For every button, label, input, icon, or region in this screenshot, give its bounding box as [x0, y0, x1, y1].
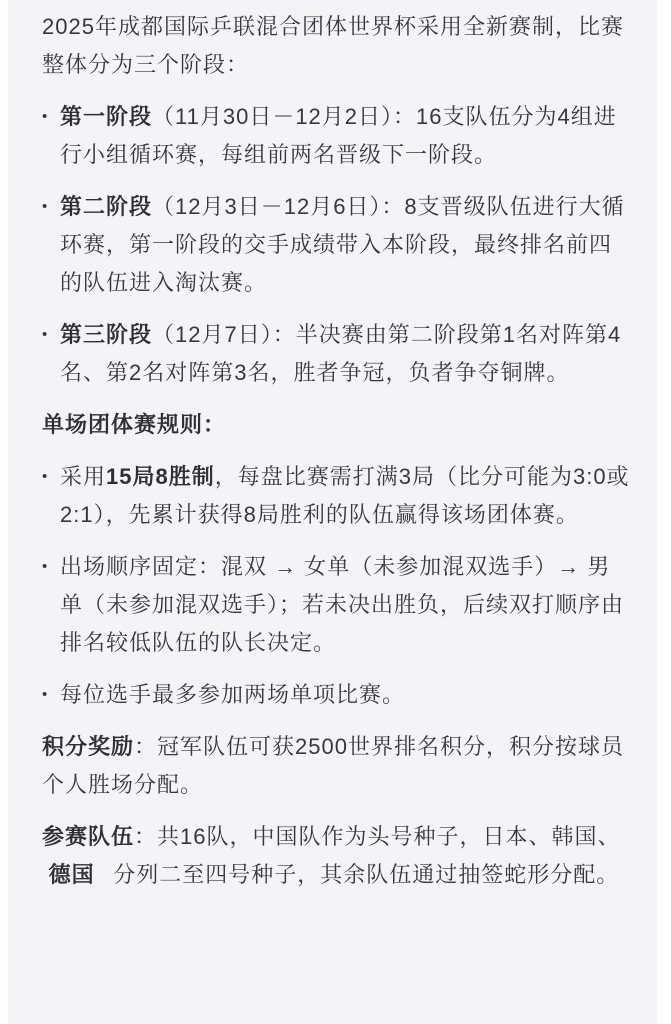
bold-text-run: 参赛队伍	[42, 824, 134, 849]
bullet-marker-icon: •	[42, 316, 60, 392]
bold-text-run: 第二阶段	[60, 194, 152, 219]
bullet-text: 每位选手最多参加两场单项比赛。	[60, 676, 630, 714]
bold-text-run: 第三阶段	[60, 322, 152, 347]
text-run: 2025年成都国际乒联混合团体世界杯采用全新赛制，比赛整体分为三个阶段：	[42, 14, 624, 77]
bullet-text: 第三阶段（12月7日）：半决赛由第二阶段第1名对阵第4名、第2名对阵第3名，胜者…	[60, 316, 630, 392]
bold-text-run: 积分奖励	[42, 734, 134, 759]
message-content: 2025年成都国际乒联混合团体世界杯采用全新赛制，比赛整体分为三个阶段：•第一阶…	[8, 0, 657, 914]
paragraph: 参赛队伍：共16队，中国队作为头号种子，日本、韩国、德国分列二至四号种子，其余队…	[42, 818, 630, 894]
bullet-marker-icon: •	[42, 458, 60, 534]
bullet-list-item: •采用15局8胜制，每盘比赛需打满3局（比分可能为3:0或2:1），先累计获得8…	[42, 458, 630, 534]
bold-text-run: 15局8胜制	[106, 464, 215, 489]
bullet-text: 采用15局8胜制，每盘比赛需打满3局（比分可能为3:0或2:1），先累计获得8局…	[60, 458, 630, 534]
bullet-text: 第一阶段（11月30日－12月2日）：16支队伍分为4组进行小组循环赛，每组前两…	[60, 98, 630, 174]
bold-text-run: 第一阶段	[60, 104, 152, 129]
bullet-marker-icon: •	[42, 548, 60, 662]
bullet-list-item: •第二阶段（12月3日－12月6日）：8支晋级队伍进行大循环赛，第一阶段的交手成…	[42, 188, 630, 302]
text-run: 出场顺序固定：混双 → 女单（未参加混双选手）→ 男单（未参加混双选手）；若未决…	[60, 554, 624, 655]
paragraph: 2025年成都国际乒联混合团体世界杯采用全新赛制，比赛整体分为三个阶段：	[42, 8, 630, 84]
assistant-message-bubble: 2025年成都国际乒联混合团体世界杯采用全新赛制，比赛整体分为三个阶段：•第一阶…	[8, 0, 657, 1024]
paragraph: 积分奖励：冠军队伍可获2500世界排名积分，积分按球员个人胜场分配。	[42, 728, 630, 804]
bullet-marker-icon: •	[42, 188, 60, 302]
bullet-list-item: •每位选手最多参加两场单项比赛。	[42, 676, 630, 714]
text-run: 每位选手最多参加两场单项比赛。	[60, 682, 405, 707]
bullet-text: 第二阶段（12月3日－12月6日）：8支晋级队伍进行大循环赛，第一阶段的交手成绩…	[60, 188, 630, 302]
bullet-text: 出场顺序固定：混双 → 女单（未参加混双选手）→ 男单（未参加混双选手）；若未决…	[60, 548, 630, 662]
text-run: 采用	[60, 464, 106, 489]
text-run: ：共16队，中国队作为头号种子，日本、韩国、	[134, 824, 620, 849]
text-run: 分列二至四号种子，其余队伍通过抽签蛇形分配。	[113, 862, 619, 887]
bullet-marker-icon: •	[42, 98, 60, 174]
bullet-list-item: •出场顺序固定：混双 → 女单（未参加混双选手）→ 男单（未参加混双选手）；若未…	[42, 548, 630, 662]
bold-text-run: 单场团体赛规则：	[42, 412, 226, 437]
bullet-list-item: •第三阶段（12月7日）：半决赛由第二阶段第1名对阵第4名、第2名对阵第3名，胜…	[42, 316, 630, 392]
bullet-list-item: •第一阶段（11月30日－12月2日）：16支队伍分为4组进行小组循环赛，每组前…	[42, 98, 630, 174]
section-heading: 单场团体赛规则：	[42, 406, 630, 444]
bullet-marker-icon: •	[42, 676, 60, 714]
bold-text-run: 德国	[49, 862, 95, 887]
